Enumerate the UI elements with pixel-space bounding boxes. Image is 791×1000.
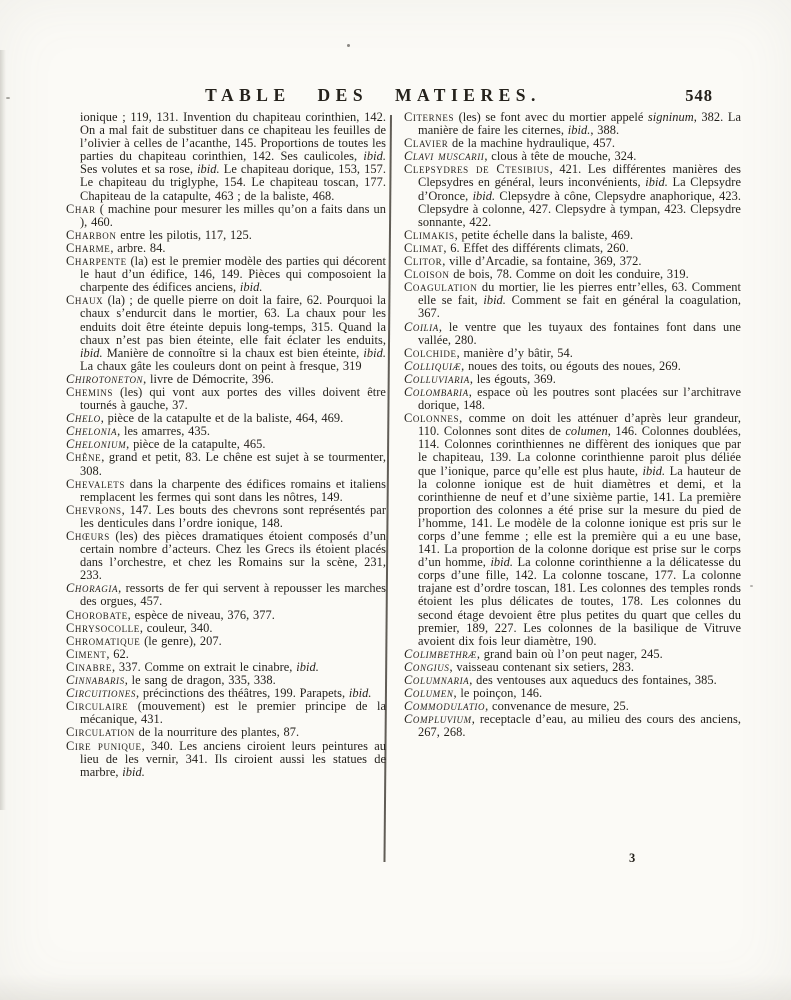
index-entry: ionique ; 119, 131. Invention du chapite… <box>66 111 386 203</box>
entry-text: de bois, 78. Comme on doit les conduire,… <box>449 267 688 281</box>
index-term: Chaux <box>66 293 103 307</box>
index-term: Chromatique <box>66 634 140 648</box>
index-entry: Chœurs (les) des pièces dramatiques étoi… <box>66 530 386 582</box>
latin-reference: ibid. <box>642 464 665 478</box>
entry-text: , noues des toits, ou égouts des noues, … <box>461 359 681 373</box>
latin-reference: ibid. <box>363 346 386 360</box>
index-term: Clavi muscarii <box>404 149 484 163</box>
entry-text: , le ventre que les tuyaux des fontaines… <box>418 320 741 347</box>
latin-reference: ibid. <box>240 280 263 294</box>
index-entry: Chemins (les) qui vont aux portes des vi… <box>66 386 386 412</box>
page-number: 548 <box>685 86 713 106</box>
index-term: Colombaria <box>404 385 469 399</box>
index-term: Chrysocolle <box>66 621 140 635</box>
index-term: Charme <box>66 241 110 255</box>
entry-text: , convenance de mesure, 25. <box>485 699 629 713</box>
entry-text: , clous à tête de mouche, 324. <box>484 149 636 163</box>
entry-text: , ville d’Arcadie, sa fontaine, 369, 372… <box>442 254 641 268</box>
latin-reference: ibid. <box>296 660 319 674</box>
index-term: Columnaria <box>404 673 469 687</box>
index-term: Chelo <box>66 411 101 425</box>
index-entry: Coilia, le ventre que les tuyaux des fon… <box>404 321 741 347</box>
index-entry: Circulaire (mouvement) est le premier pr… <box>66 700 386 726</box>
entry-text: , 6. Effet des différents climats, 260. <box>443 241 628 255</box>
index-term: Chelonia <box>66 424 117 438</box>
entry-text: (le genre), 207. <box>140 634 221 648</box>
index-term: Climakis <box>404 228 455 242</box>
index-entry: Cire punique, 340. Les anciens ciroient … <box>66 740 386 779</box>
entry-text: , petite échelle dans la baliste, 469. <box>455 228 634 242</box>
index-term: Commodulatio <box>404 699 485 713</box>
index-term: Circulation <box>66 725 135 739</box>
entry-text: , livre de Démocrite, 396. <box>143 372 274 386</box>
entry-text: , 147. Les bouts des chevrons sont repré… <box>80 503 386 530</box>
index-term: Charbon <box>66 228 116 242</box>
index-entry: Clepsydres de Ctesibius, 421. Les différ… <box>404 163 741 228</box>
index-term: Colliquiæ <box>404 359 461 373</box>
entry-text: , grand bain où l’on peut nager, 245. <box>477 647 663 661</box>
index-term: Chirotoneton <box>66 372 143 386</box>
entry-text: de la nourriture des plantes, 87. <box>135 725 299 739</box>
index-term: Choragia <box>66 581 118 595</box>
entry-text: , des ventouses aux aqueducs des fontain… <box>469 673 716 687</box>
latin-reference: ibid. <box>363 149 386 163</box>
entry-text: , le sang de dragon, 335, 338. <box>125 673 276 687</box>
entry-text: , pièce de la catapulte, 465. <box>126 437 265 451</box>
index-term: Chelonium <box>66 437 126 451</box>
entry-text: (les) qui vont aux portes des villes doi… <box>80 385 386 412</box>
index-term: Colchide <box>404 346 457 360</box>
index-entry: Choragia, ressorts de fer qui servent à … <box>66 582 386 608</box>
latin-reference: signinum <box>648 110 694 124</box>
index-term: Circulaire <box>66 699 128 713</box>
scan-speck <box>347 44 350 47</box>
entry-text: de la machine hydraulique, 457. <box>448 136 615 150</box>
entry-text: , espèce de niveau, 376, 377. <box>128 608 275 622</box>
index-term: Cinnabaris <box>66 673 125 687</box>
latin-reference: ibid. <box>122 765 145 779</box>
entry-text: , arbre. 84. <box>110 241 165 255</box>
entry-text: La colonne corinthienne a la délicatesse… <box>418 555 741 648</box>
index-entry: Char ( machine pour mesurer les milles q… <box>66 203 386 229</box>
entry-text: La hauteur de la colonne ionique est de … <box>418 464 741 570</box>
entry-text: , couleur, 340. <box>140 621 213 635</box>
scanned-book-page: TABLE DES MATIERES. 548 ionique ; 119, 1… <box>0 0 791 1000</box>
entry-text: , 388. <box>590 123 619 137</box>
index-entry: Compluvium, receptacle d’eau, au milieu … <box>404 713 741 739</box>
index-column-right: Citernes (les) se font avec du mortier a… <box>404 111 741 740</box>
latin-reference: ibid. <box>349 686 372 700</box>
index-entry: Coagulation du mortier, lie les pierres … <box>404 281 741 320</box>
entry-text: , le poinçon, 146. <box>453 686 542 700</box>
index-term: Ciment <box>66 647 106 661</box>
index-term: Chêne <box>66 450 101 464</box>
entry-text: , les amarres, 435. <box>117 424 210 438</box>
index-entry: Colonnes, comme on doit les atténuer d’a… <box>404 412 741 648</box>
latin-reference: ibid. <box>490 555 513 569</box>
entry-text: , précinctions des théâtres, 199. Parape… <box>136 686 349 700</box>
entry-text: dans la charpente des édifices romains e… <box>80 477 386 504</box>
index-entry: Citernes (les) se font avec du mortier a… <box>404 111 741 137</box>
latin-reference: columen <box>565 424 607 438</box>
latin-reference: ibid. <box>197 162 220 176</box>
entry-text: ionique ; 119, 131. Invention du chapite… <box>80 110 386 163</box>
index-term: Columen <box>404 686 453 700</box>
scan-speck <box>750 585 753 587</box>
entry-text: Manière de connoître si la chaux est bie… <box>103 346 364 360</box>
entry-text: (les) se font avec du mortier appelé <box>454 110 648 124</box>
entry-text: , pièce de la catapulte et de la baliste… <box>101 411 344 425</box>
index-term: Climat <box>404 241 443 255</box>
latin-reference: ibid. <box>483 293 506 307</box>
signature-mark: 3 <box>629 851 635 866</box>
entry-text: , grand et petit, 83. Le chêne est sujet… <box>80 450 386 477</box>
index-column-left: ionique ; 119, 131. Invention du chapite… <box>66 111 386 779</box>
entry-text: La chaux gâte les couleurs dont on peint… <box>80 359 362 373</box>
scan-bottom-shade <box>0 974 791 1000</box>
index-term: Clepsydres de Ctesibius <box>404 162 550 176</box>
index-term: Colonnes <box>404 411 459 425</box>
index-term: Chorobate <box>66 608 128 622</box>
index-term: Charpente <box>66 254 127 268</box>
index-term: Chœurs <box>66 529 110 543</box>
entry-text: (la) ; de quelle pierre on doit la faire… <box>80 293 386 346</box>
index-term: Chevalets <box>66 477 125 491</box>
scan-edge-shadow <box>0 50 6 810</box>
index-entry: Chaux (la) ; de quelle pierre on doit la… <box>66 294 386 373</box>
index-term: Coagulation <box>404 280 477 294</box>
index-entry: Chevrons, 147. Les bouts des chevrons so… <box>66 504 386 530</box>
index-term: Congius <box>404 660 449 674</box>
index-term: Circuitiones <box>66 686 136 700</box>
index-term: Colimbethræ <box>404 647 477 661</box>
entry-text: entre les pilotis, 117, 125. <box>116 228 251 242</box>
index-term: Cinabre <box>66 660 112 674</box>
latin-reference: ibid. <box>645 175 668 189</box>
index-term: Chevrons <box>66 503 122 517</box>
index-entry: Charpente (la) est le premier modèle des… <box>66 255 386 294</box>
index-term: Coilia <box>404 320 439 334</box>
latin-reference: ibid. <box>80 346 103 360</box>
entry-text: , 62. <box>106 647 129 661</box>
latin-reference: ibid. <box>473 189 496 203</box>
index-term: Compluvium <box>404 712 472 726</box>
index-term: Cloison <box>404 267 449 281</box>
entry-text: (les) des pièces dramatiques étoient com… <box>80 529 386 582</box>
scan-speck <box>6 97 10 99</box>
entry-text: , manière d’y bâtir, 54. <box>457 346 573 360</box>
page-title: TABLE DES MATIERES. <box>205 85 541 106</box>
index-entry: Colombaria, espace où les poutres sont p… <box>404 386 741 412</box>
entry-text: , vaisseau contenant six setiers, 283. <box>449 660 634 674</box>
index-entry: Chevalets dans la charpente des édifices… <box>66 478 386 504</box>
index-term: Char <box>66 202 96 216</box>
entry-text: , 337. Comme on extrait le cinabre, <box>112 660 296 674</box>
entry-text: Ses volutes et sa rose, <box>80 162 197 176</box>
index-term: Cire punique <box>66 739 142 753</box>
latin-reference: ibid. <box>568 123 591 137</box>
index-term: Clitor <box>404 254 442 268</box>
entry-text: (la) est le premier modèle des parties q… <box>80 254 386 294</box>
entry-text: ( machine pour mesurer les milles qu’on … <box>80 202 386 229</box>
index-term: Citernes <box>404 110 454 124</box>
entry-text: , les égouts, 369. <box>470 372 556 386</box>
index-term: Clavier <box>404 136 448 150</box>
index-entry: Chêne, grand et petit, 83. Le chêne est … <box>66 451 386 477</box>
entry-text: , ressorts de fer qui servent à repousse… <box>80 581 386 608</box>
index-term: Chemins <box>66 385 113 399</box>
index-term: Colluviaria <box>404 372 470 386</box>
